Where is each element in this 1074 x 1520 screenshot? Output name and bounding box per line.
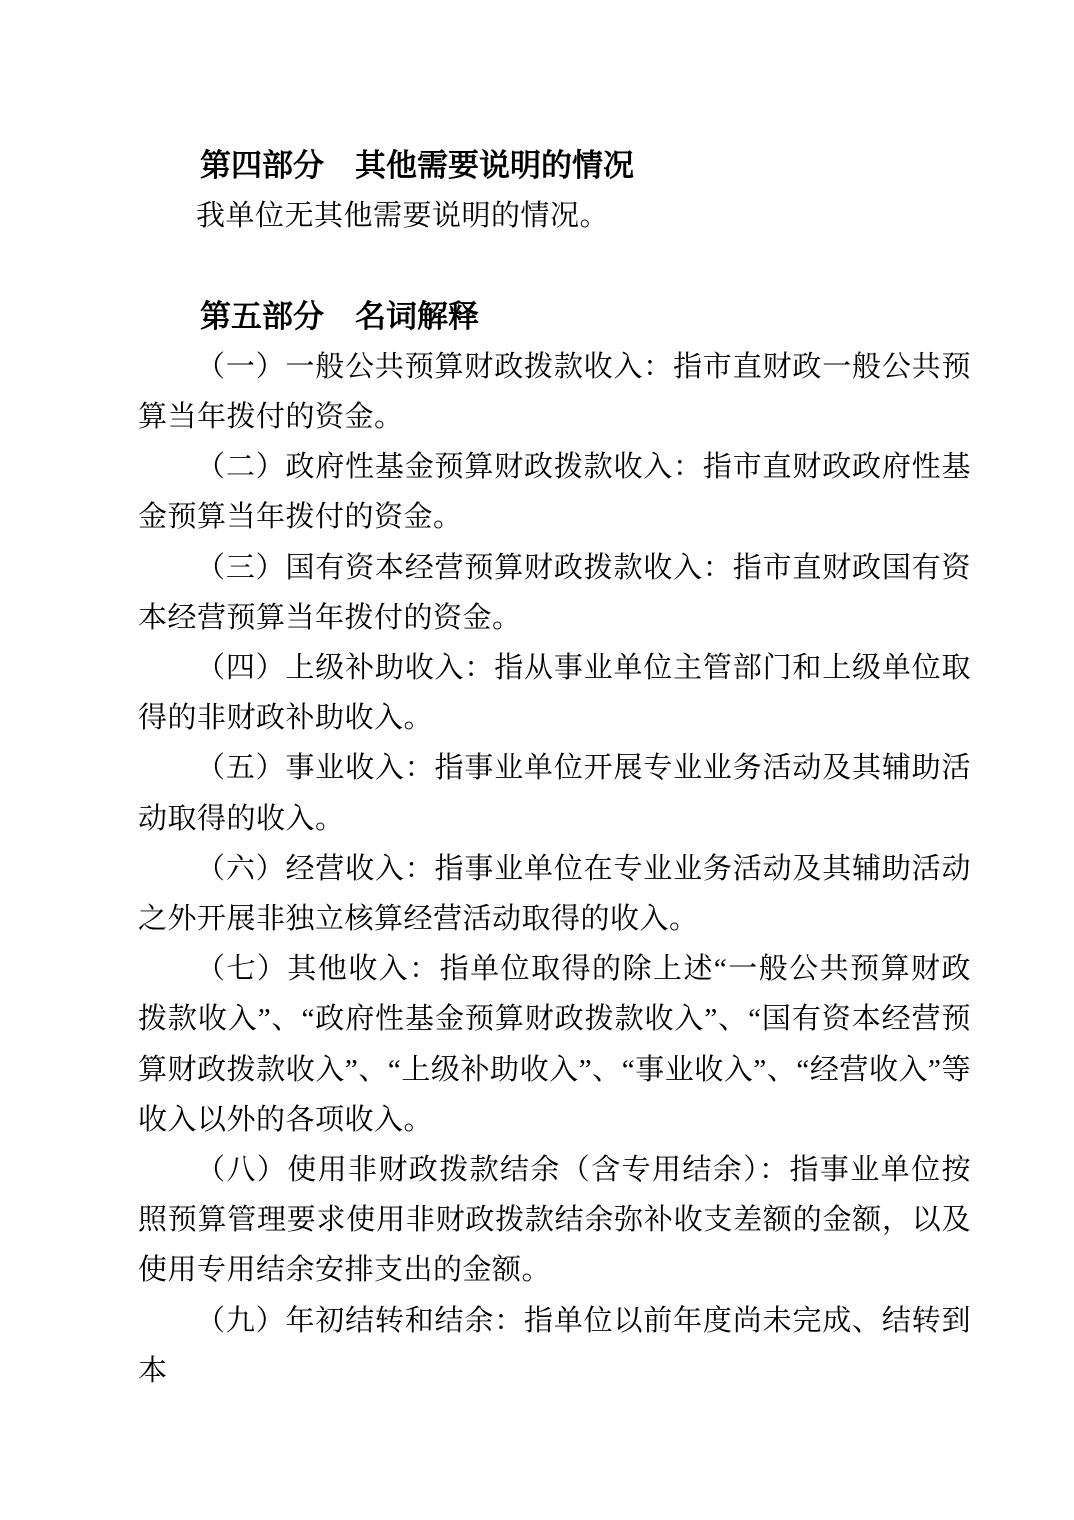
document-page: 第四部分其他需要说明的情况 我单位无其他需要说明的情况。 第五部分名词解释 （一… xyxy=(0,0,1074,1520)
definition-paragraph-4: （四）上级补助收入：指从事业单位主管部门和上级单位取得的非财政补助收入。 xyxy=(138,643,971,743)
section-5-heading-num: 第五部分 xyxy=(200,299,324,334)
definition-paragraph-5: （五）事业收入：指事业单位开展专业业务活动及其辅助活动取得的收入。 xyxy=(138,743,971,843)
definition-paragraph-2: （二）政府性基金预算财政拨款收入：指市直财政政府性基金预算当年拨付的资金。 xyxy=(138,442,971,542)
section-4-heading-title: 其他需要说明的情况 xyxy=(355,148,634,183)
definition-paragraph-8: （八）使用非财政拨款结余（含专用结余）：指事业单位按照预算管理要求使用非财政拨款… xyxy=(138,1145,971,1296)
blank-line-spacer xyxy=(138,241,971,291)
definition-paragraph-9: （九）年初结转和结余：指单位以前年度尚未完成、结转到本 xyxy=(138,1296,971,1396)
definition-paragraph-1: （一）一般公共预算财政拨款收入：指市直财政一般公共预算当年拨付的资金。 xyxy=(138,342,971,442)
definition-paragraph-3: （三）国有资本经营预算财政拨款收入：指市直财政国有资本经营预算当年拨付的资金。 xyxy=(138,543,971,643)
section-4-heading-num: 第四部分 xyxy=(200,148,324,183)
section-4-heading: 第四部分其他需要说明的情况 xyxy=(138,141,971,191)
definition-paragraph-7: （七）其他收入：指单位取得的除上述“一般公共预算财政拨款收入”、“政府性基金预算… xyxy=(138,944,971,1145)
definition-paragraph-6: （六）经营收入：指事业单位在专业业务活动及其辅助活动之外开展非独立核算经营活动取… xyxy=(138,844,971,944)
section-4-paragraph: 我单位无其他需要说明的情况。 xyxy=(138,191,971,241)
section-5-heading: 第五部分名词解释 xyxy=(138,292,971,342)
document-content: 第四部分其他需要说明的情况 我单位无其他需要说明的情况。 第五部分名词解释 （一… xyxy=(138,141,971,1396)
section-5-heading-title: 名词解释 xyxy=(355,299,479,334)
